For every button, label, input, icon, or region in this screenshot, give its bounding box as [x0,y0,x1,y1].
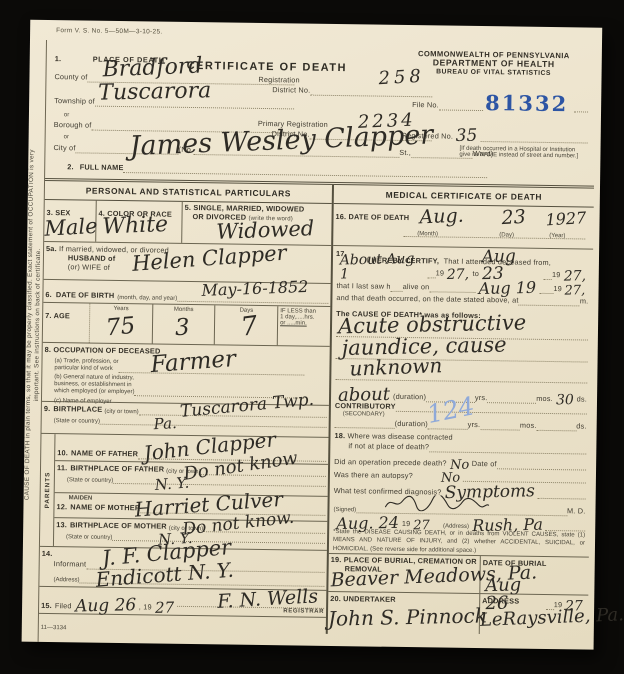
ds-label: ds. [577,394,587,404]
physician-address: Rush, Pa [472,517,543,534]
date-of-death-row: 16. DATE OF DEATH Aug. 23 1927 (Month) (… [333,204,594,250]
test-value: Symptoms [444,483,535,502]
township-label: Township of [54,96,95,107]
county-label: County of [54,72,87,82]
father-birthplace-state-sublabel: (State or country) [67,477,113,484]
spouse-number: 5a. [46,244,57,253]
autopsy-label: Was there an autopsy? [334,470,413,481]
informant-address-label: (Address) [53,577,79,583]
dod-day-sublabel: (Day) [499,232,514,238]
footnote-line3: HOMICIDAL. (See reverse side for additio… [333,545,476,554]
parents-block: PARENTS 10. NAME OF FATHER John Clapper [40,434,329,551]
certificate-title: CERTIFICATE OF DEATH [187,60,348,74]
certification-block: 17. I HEREBY CERTIFY, That I attended de… [329,246,593,558]
dod-label: DATE OF DEATH [348,212,409,222]
sex-value: Male [44,216,98,240]
father-birthplace-state-value: N. Y. [154,476,189,493]
registration-district-value: 258 [378,68,425,89]
birthplace-state-value: Pa. [153,416,177,432]
father-birthplace-row: 11. BIRTHPLACE OF FATHER (city or town) … [55,461,328,497]
ward-label: Ward) [473,149,494,159]
file-number-row: File No. 81332 [412,91,588,112]
age-row: 7. AGE Years 75 Months 3 Days [43,303,331,347]
informant-label: Informant [54,559,87,569]
age-years-value: 75 [105,315,136,341]
dod-month-value: Aug. [419,207,464,228]
dob-sublabel: (month, day, and year) [117,295,177,302]
filed-row: 15. Filed Aug 26 , 19 27 REGISTRAR F. N.… [39,587,326,618]
father-label: NAME OF FATHER [71,448,138,459]
plate-number: 11—3134 [41,625,67,631]
cause-value-3: unknown [349,355,443,379]
contracted-label2: if not at place of death? [348,441,429,452]
dod-year-value: 1927 [545,210,587,228]
header-section: CERTIFICATE OF DEATH COMMONWEALTH OF PEN… [45,40,596,186]
duration-label: (duration) [393,392,426,402]
attended-from-year: 27, [447,267,470,281]
file-number-stamp: 81332 [485,92,568,114]
cause-line-3: unknown [335,359,587,384]
certificate-card: CAUSE OF DEATH in plain terms, so that i… [22,20,603,650]
occupation-number: 8. [45,345,52,354]
attended-from-value: About Aug 1 [340,252,425,282]
mother-number: 12. [56,502,67,512]
year-prefix-a: 19 [436,268,445,278]
physician-year: 27 [413,519,430,532]
saw-label1: that I last saw h [337,281,391,292]
sex-race-marital-row: 3. SEX Male 4. COLOR OR RACE White 5. SI… [44,200,332,246]
last-saw-year: 27, [565,284,586,297]
birthplace-label: BIRTHPLACE [53,404,102,415]
occupation-label: OCCUPATION OF DECEASED [53,345,160,355]
mother-birthplace-state-sublabel: (State or country) [66,534,112,541]
last-saw-value: Aug 19 [479,280,537,297]
operation-date-label: Date of [472,459,497,469]
dod-number: 16. [336,212,347,221]
or-label-1: or [64,112,69,118]
filed-date-value: Aug 26 [75,597,136,615]
dod-day-value: 23 [501,208,526,228]
operation-label: Did an operation precede death? [334,457,447,469]
township-value: Tuscarora [98,80,211,104]
undertaker-address-value: LeRaysville, Pa. [480,606,624,630]
age-note-line3: or .....min. [280,320,328,327]
birthplace-row: 9. BIRTHPLACE (city or town) (State or c… [41,402,328,438]
certificate-content: Form V. S. No. 5—50M—3-10-25. CERTIFICAT… [38,20,597,650]
scanned-death-certificate: { "colors": { "paper": "#ece3cc", "ink":… [0,0,624,674]
mother-birthplace-label: BIRTHPLACE OF MOTHER [70,520,167,531]
occupation-value: Farmer [150,348,237,377]
filed-label: Filed [55,601,72,611]
physician-date: Aug. 24 [336,515,399,532]
burial-row: 19. PLACE OF BURIAL, CREMATION OR REMOVA… [328,554,589,596]
registrar-label: REGISTRAR [283,608,324,615]
occupation-a2: particular kind of work [54,365,118,373]
dod-year-sublabel: (Year) [549,233,565,239]
contributory-block: CONTRIBUTORY (SECONDARY) (duration) yrs. [335,401,587,435]
age-number: 7. [45,311,52,320]
parents-label: PARENTS [43,472,51,509]
contrib-ds-label: ds. [576,421,586,431]
mos-label: mos. [536,394,553,404]
file-number-label: File No. [412,100,439,110]
contrib-duration-label: (duration) [395,419,428,429]
father-number: 10. [57,448,68,458]
filed-number: 15. [41,601,52,611]
dob-number: 6. [45,290,52,300]
undertaker-row: 20. UNDERTAKER John S. Pinnock ADDRESS L… [328,592,589,636]
year-prefix-b: 19 [552,270,561,280]
age-years-label: Years [92,306,150,313]
age-months-value: 3 [174,316,190,340]
contrib-yrs-label: yrs. [468,420,481,430]
full-name-label: FULL NAME [80,162,124,173]
year-prefix-c: 19 [553,284,562,294]
age-days-value: 7 [240,313,260,341]
place-of-death-number: 1. [55,54,62,64]
age-months-label: Months [155,306,213,313]
year-prefix-d: 19 [402,519,411,529]
race-value: White [102,214,168,239]
borough-label: Borough of [54,120,92,131]
dob-value: May-16-1852 [201,279,308,299]
undertaker-signature: John S. Pinnock [328,605,487,628]
agency-block: COMMONWEALTH OF PENNSYLVANIA DEPARTMENT … [399,49,589,79]
birthplace-state-sublabel: (State or country) [54,418,100,425]
saw-label2: alive on [403,282,430,292]
occupation-b3: which employed (or employer) [54,388,134,396]
yrs-label: yrs. [475,393,488,403]
mother-label: NAME OF MOTHER [70,502,140,513]
full-name-row: 2. FULL NAME [67,162,487,178]
registration-district-label2: District No. [272,85,310,96]
medical-column: MEDICAL CERTIFICATE OF DEATH 16. DATE OF… [328,185,594,638]
attended-to-year: 27, [563,269,586,283]
marital-number: 5. [185,203,192,212]
md-label: M. D. [567,506,586,516]
county-value: Bradford [102,56,203,82]
to-label: to [472,269,479,279]
cause-duration-days: 30 [556,393,574,407]
informant-row: 14. Informant (Address) J. F. Clapper En… [39,547,327,591]
signed-label: (Signed) [333,507,356,513]
or-label-2: or [64,134,69,140]
contracted-number: 18. [334,431,345,440]
birthplace-number: 9. [44,404,51,414]
full-name-number: 2. [67,162,74,172]
city-label: City of [53,143,75,153]
father-birthplace-label: BIRTHPLACE OF FATHER [70,463,164,474]
contracted-label1: Where was disease contracted [347,431,452,441]
dod-month-sublabel: (Month) [417,231,438,237]
contrib-mos-label: mos. [520,421,537,431]
dob-label: DATE OF BIRTH [56,290,115,301]
filed-year-prefix: , 19 [139,602,152,612]
personal-column: PERSONAL AND STATISTICAL PARTICULARS 3. … [39,181,334,634]
father-birthplace-number: 11. [57,463,67,473]
marital-value: Widowed [216,218,315,243]
burial-number: 19. [331,555,342,564]
cause-value-4: about [338,386,390,405]
age-label: AGE [54,311,71,320]
undertaker-number: 20. [330,594,341,603]
undertaker-label: UNDERTAKER [343,594,396,604]
filed-year-value: 27 [155,600,174,615]
mother-birthplace-number: 13. [56,520,67,530]
registered-number-value: 35 [456,128,478,145]
